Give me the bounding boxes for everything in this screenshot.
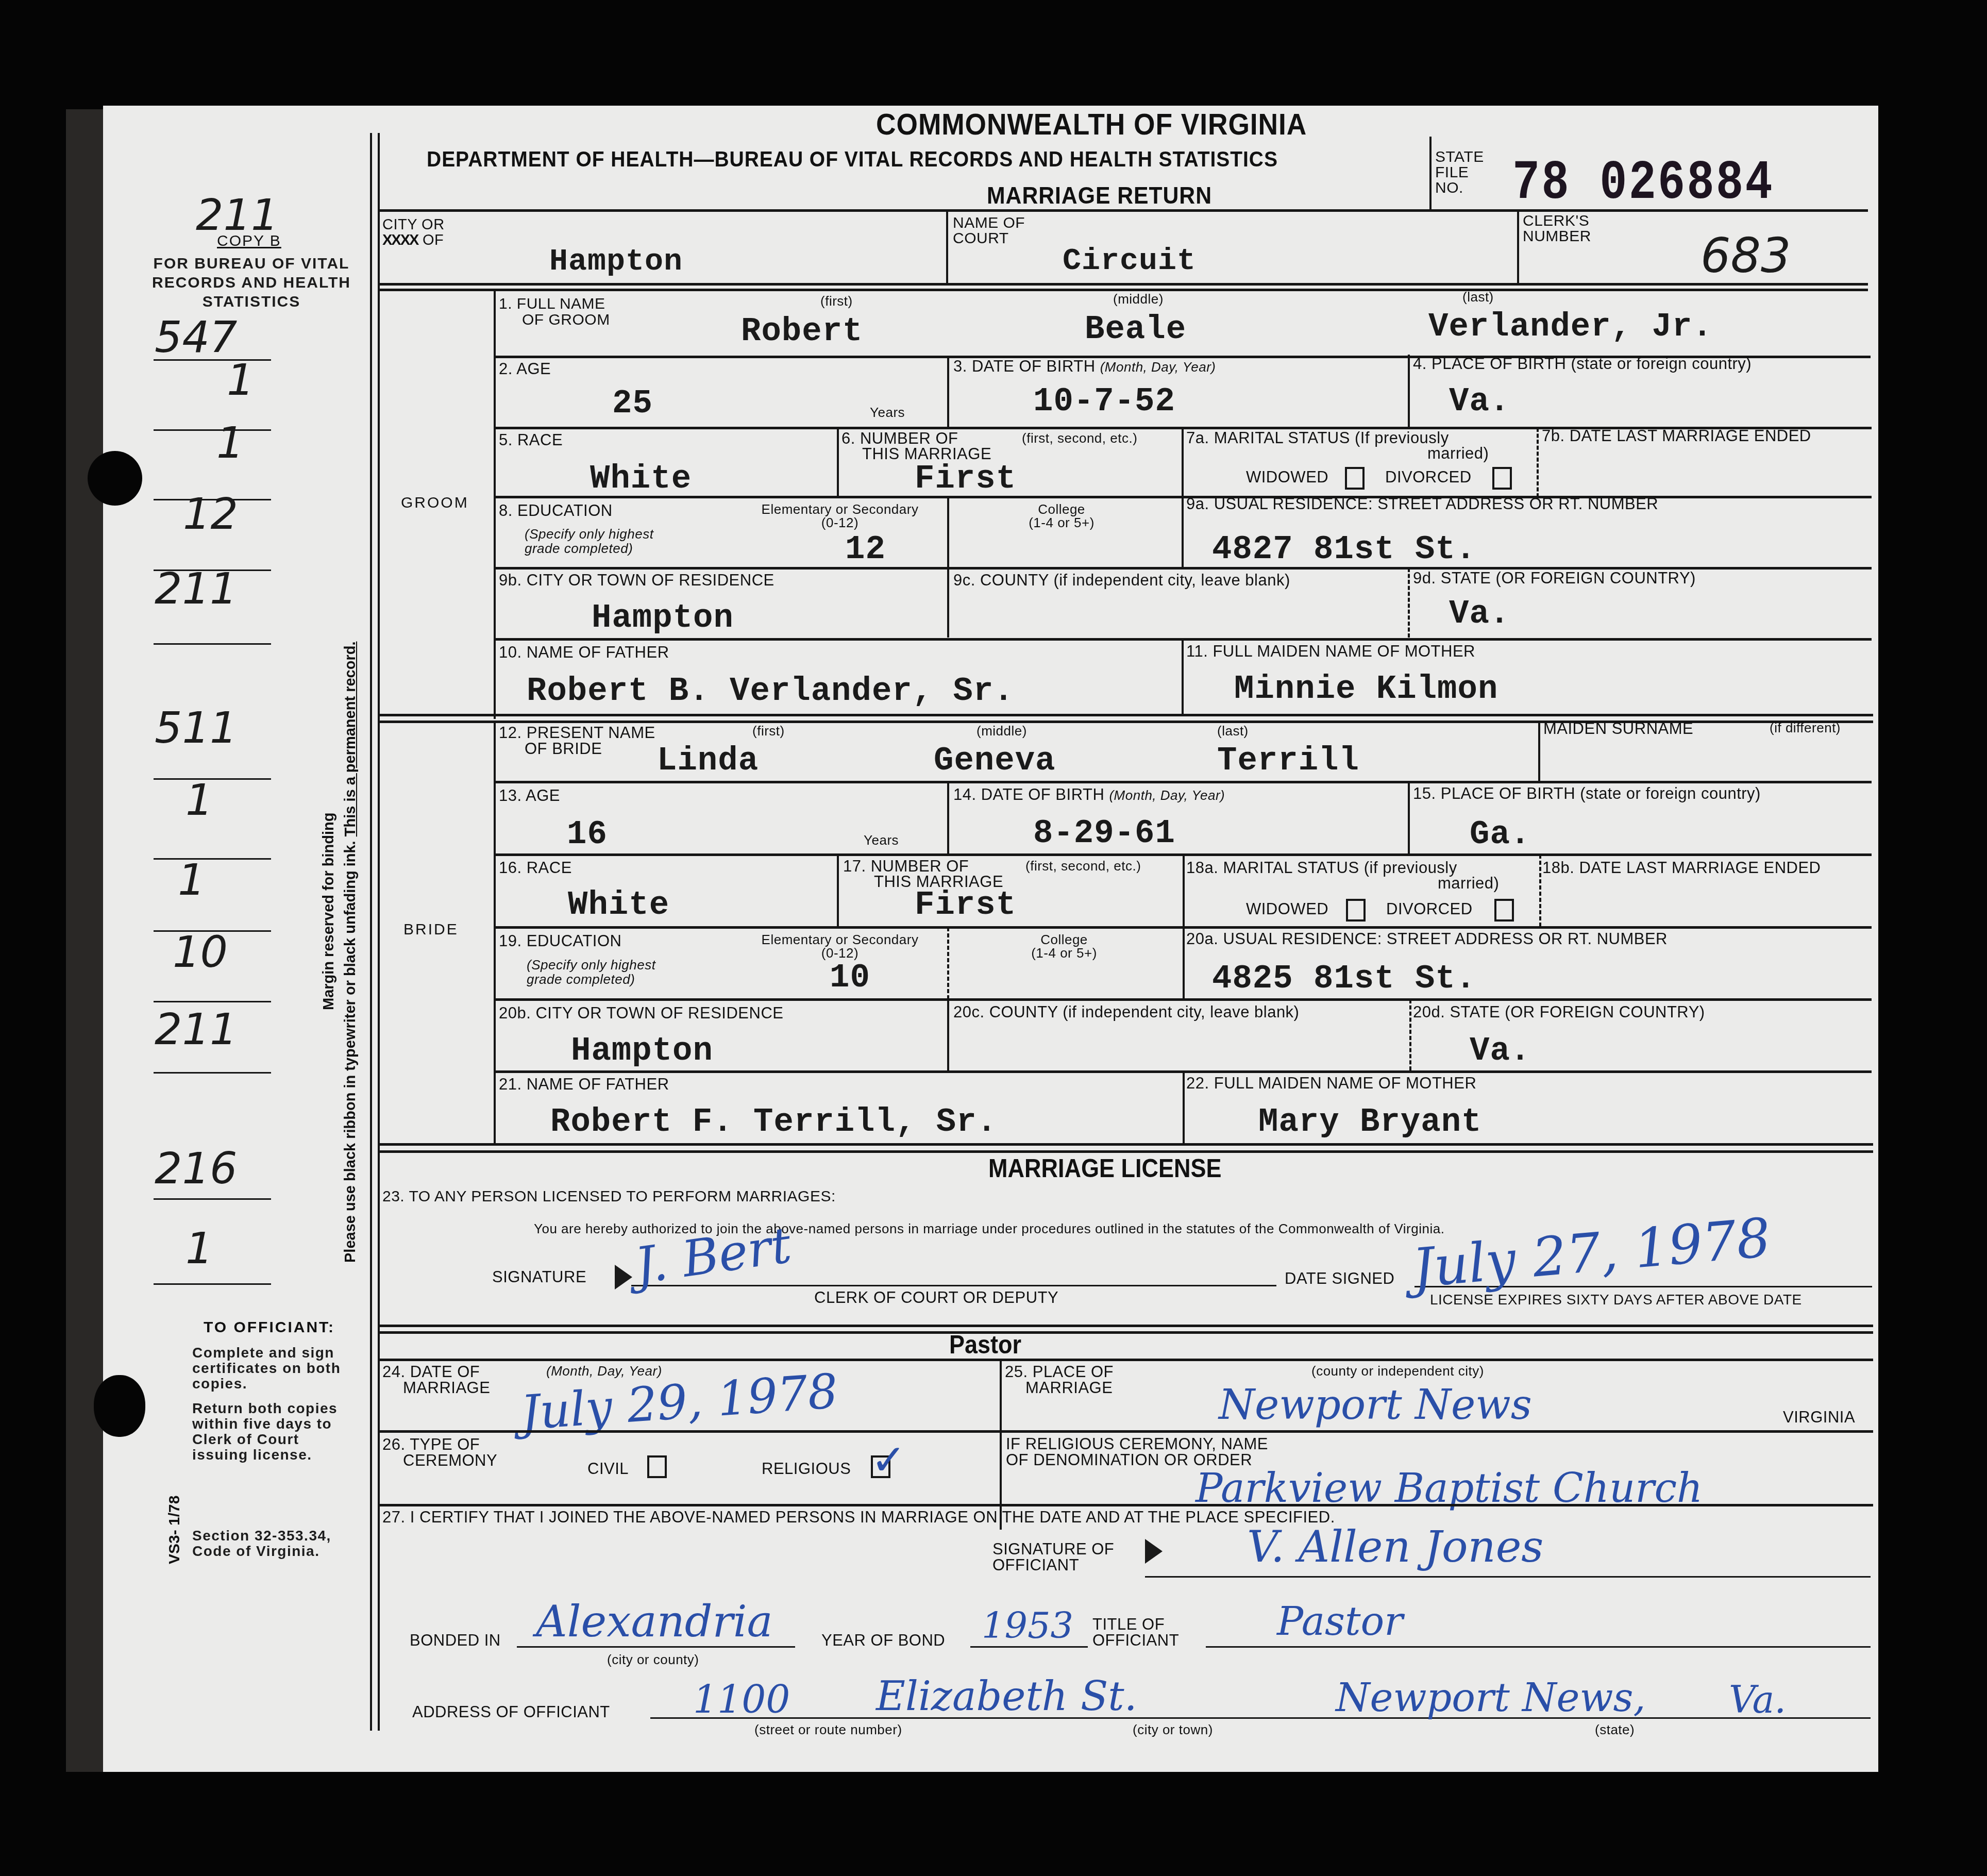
groom-pob[interactable]: Va.	[1449, 386, 1510, 418]
ink-note: Please use black ribbon in typewriter or…	[342, 642, 359, 1263]
groom-mother[interactable]: Minnie Kilmon	[1234, 673, 1498, 706]
bride-race-label: 16. RACE	[499, 860, 572, 876]
form-code: VS3- 1/78	[166, 1496, 183, 1564]
divider	[1539, 855, 1541, 927]
groom-section-label: GROOM	[401, 495, 469, 511]
margin-line	[154, 858, 271, 860]
bride-city[interactable]: Hampton	[571, 1035, 713, 1068]
clerk-number-value[interactable]: 683	[1700, 234, 1791, 278]
officiant-title-line	[1206, 1646, 1871, 1648]
bride-street[interactable]: 4825 81st St.	[1212, 963, 1476, 996]
bride-last-name[interactable]: Terrill	[1217, 745, 1359, 778]
officiant-address-street[interactable]: Elizabeth St.	[876, 1678, 1137, 1715]
bride-state[interactable]: Va.	[1470, 1035, 1530, 1068]
form-border-left-inner	[378, 133, 380, 1731]
divider	[1537, 428, 1539, 497]
civil-checkbox[interactable]	[647, 1455, 667, 1478]
bride-date-last-marriage-label: 18b. DATE LAST MARRIAGE ENDED	[1542, 860, 1821, 876]
bride-dob-label: 14. DATE OF BIRTH (Month, Day, Year)	[953, 786, 1225, 803]
officiant-signature-line	[1145, 1576, 1871, 1578]
state-file-number: 78 026884	[1512, 152, 1774, 215]
to-officiant-title: TO OFFICIANT:	[204, 1319, 335, 1336]
bride-name-label: 12. PRESENT NAMEOF BRIDE	[499, 725, 655, 757]
year-of-bond-value[interactable]: 1953	[982, 1607, 1073, 1644]
divider	[837, 428, 839, 497]
to-officiant-instructions: Complete and sign certificates on both c…	[192, 1345, 341, 1463]
divider	[1408, 782, 1410, 854]
divider	[378, 1143, 1873, 1146]
bride-age-label: 13. AGE	[499, 788, 560, 804]
civil-label: CIVIL	[587, 1461, 629, 1477]
hint: (first, second, etc.)	[1022, 431, 1137, 445]
year-of-bond-label: YEAR OF BOND	[821, 1632, 945, 1649]
bride-city-label: 20b. CITY OR TOWN OF RESIDENCE	[499, 1005, 783, 1021]
bride-father-label: 21. NAME OF FATHER	[499, 1076, 669, 1093]
elementary-label: Elementary or Secondary(0-12)	[742, 933, 938, 960]
bride-father[interactable]: Robert F. Terrill, Sr.	[550, 1106, 997, 1139]
groom-pob-label: 4. PLACE OF BIRTH (state or foreign coun…	[1413, 356, 1752, 372]
margin-code: 1	[227, 358, 254, 401]
hint: (city or county)	[607, 1652, 699, 1667]
margin-code: 211	[155, 1008, 237, 1051]
marriage-state: VIRGINIA	[1783, 1409, 1855, 1426]
divider	[378, 283, 1868, 286]
divider	[947, 497, 949, 569]
bride-mother[interactable]: Mary Bryant	[1258, 1106, 1481, 1139]
copy-description: FOR BUREAU OF VITAL RECORDS AND HEALTH S…	[138, 254, 365, 311]
hint: (middle)	[976, 724, 1027, 738]
officiant-title-value[interactable]: Pastor	[1277, 1603, 1403, 1640]
divider	[1183, 855, 1185, 927]
divider	[1517, 209, 1519, 284]
form-border-left-outer	[370, 133, 372, 1731]
officiant-title-label: TITLE OFOFFICIANT	[1092, 1616, 1179, 1648]
clerk-signature[interactable]: J. Bert	[633, 1226, 793, 1285]
groom-mother-label: 11. FULL MAIDEN NAME OF MOTHER	[1186, 643, 1475, 660]
divider	[1182, 428, 1184, 497]
college-label: College(1-4 or 5+)	[1002, 933, 1126, 960]
hint: (county or independent city)	[1311, 1364, 1484, 1378]
years-label: Years	[864, 833, 899, 847]
divorced-label: DIVORCED	[1385, 469, 1472, 485]
groom-date-last-marriage-label: 7b. DATE LAST MARRIAGE ENDED	[1542, 428, 1811, 444]
groom-city-label: 9b. CITY OR TOWN OF RESIDENCE	[499, 572, 774, 589]
hint: (if different)	[1770, 721, 1841, 735]
groom-street[interactable]: 4827 81st St.	[1212, 533, 1476, 566]
bride-middle-name[interactable]: Geneva	[934, 745, 1055, 778]
binding-strip	[66, 109, 104, 1772]
groom-race-label: 5. RACE	[499, 432, 563, 448]
license-instruction-label: 23. TO ANY PERSON LICENSED TO PERFORM MA…	[382, 1188, 836, 1205]
bride-mother-label: 22. FULL MAIDEN NAME OF MOTHER	[1186, 1075, 1476, 1092]
bride-widowed-checkbox[interactable]	[1346, 899, 1366, 922]
groom-state[interactable]: Va.	[1449, 598, 1510, 631]
divider	[1183, 927, 1185, 999]
bride-divorced-checkbox[interactable]	[1494, 899, 1514, 922]
license-expiry-note: LICENSE EXPIRES SIXTY DAYS AFTER ABOVE D…	[1430, 1292, 1802, 1308]
margin-line	[154, 1072, 271, 1074]
bride-pob[interactable]: Ga.	[1470, 818, 1530, 851]
hint: (first, second, etc.)	[1025, 859, 1141, 873]
date-signed-label: DATE SIGNED	[1285, 1270, 1394, 1287]
bride-section-label: BRIDE	[403, 922, 459, 938]
bride-pob-label: 15. PLACE OF BIRTH (state or foreign cou…	[1413, 785, 1761, 802]
divider	[378, 1150, 1873, 1153]
divider	[1182, 639, 1184, 716]
officiant-address-state[interactable]: Va.	[1729, 1681, 1786, 1718]
religious-checkmark-icon: ✓	[871, 1442, 906, 1479]
groom-dob[interactable]: 10-7-52	[1033, 386, 1175, 418]
clerk-caption: CLERK OF COURT OR DEPUTY	[814, 1289, 1058, 1306]
groom-middle-name[interactable]: Beale	[1085, 313, 1186, 346]
marriage-place-label: 25. PLACE OFMARRIAGE	[1005, 1364, 1114, 1396]
bride-elementary[interactable]: 10	[830, 962, 870, 995]
divider	[947, 927, 949, 999]
maiden-surname-label: MAIDEN SURNAME	[1543, 721, 1693, 737]
divider	[1408, 355, 1410, 428]
officiant-signature-label: SIGNATURE OFOFFICIANT	[992, 1541, 1114, 1573]
bride-age[interactable]: 16	[567, 818, 608, 851]
hint: (middle)	[1113, 292, 1164, 306]
hint: (first)	[820, 294, 853, 308]
groom-age[interactable]: 25	[612, 388, 653, 421]
margin-line	[154, 1001, 271, 1002]
groom-state-label: 9d. STATE (OR FOREIGN COUNTRY)	[1413, 570, 1696, 587]
margin-code: 10	[173, 930, 228, 974]
certificate-title: Pastor	[949, 1330, 1021, 1360]
section-reference: Section 32-353.34, Code of Virginia.	[192, 1528, 331, 1559]
bride-marital-status-label: married)	[1438, 875, 1499, 892]
copy-label: COPY B	[217, 233, 281, 249]
court-label: NAME OFCOURT	[953, 215, 1025, 246]
margin-line	[154, 429, 271, 431]
groom-last-name[interactable]: Verlander, Jr.	[1428, 311, 1713, 344]
divider	[1183, 1071, 1185, 1145]
divider	[495, 781, 1872, 783]
officiant-address-label: ADDRESS OF OFFICIANT	[412, 1704, 610, 1720]
groom-first-name[interactable]: Robert	[741, 315, 863, 348]
divider	[378, 1331, 1873, 1334]
divider	[494, 290, 496, 719]
divider	[837, 855, 839, 927]
widowed-label: WIDOWED	[1246, 469, 1328, 485]
divorced-label: DIVORCED	[1386, 901, 1473, 917]
divider	[378, 1430, 1873, 1433]
divider	[378, 1325, 1873, 1327]
divider	[494, 722, 496, 1145]
denomination-value[interactable]: Parkview Baptist Church	[1195, 1470, 1703, 1507]
hint: (Month, Day, Year)	[546, 1364, 662, 1378]
bride-dob[interactable]: 8-29-61	[1033, 817, 1175, 850]
bride-race[interactable]: White	[568, 889, 669, 922]
hint: (first)	[752, 724, 785, 738]
divider	[947, 356, 949, 428]
form-title: COMMONWEALTH OF VIRGINIA	[876, 107, 1307, 142]
hint: (street or route number)	[754, 1722, 902, 1737]
divider	[947, 999, 949, 1070]
margin-code: 1	[186, 778, 213, 822]
clerk-number-label: CLERK'SNUMBER	[1523, 213, 1591, 244]
marriage-date-label: 24. DATE OFMARRIAGE	[382, 1364, 490, 1396]
ceremony-type-label: 26. TYPE OFCEREMONY	[382, 1436, 497, 1468]
bonded-in-value[interactable]: Alexandria	[536, 1603, 773, 1640]
certification-statement: 27. I CERTIFY THAT I JOINED THE ABOVE-NA…	[382, 1509, 1335, 1526]
officiant-signature[interactable]: V. Allen Jones	[1247, 1528, 1543, 1565]
margin-code: 211	[155, 567, 237, 610]
officiant-address-line	[650, 1717, 1871, 1719]
divider	[378, 1359, 1873, 1361]
margin-code: 1	[178, 858, 205, 901]
signature-label: SIGNATURE	[492, 1269, 586, 1285]
groom-divorced-checkbox[interactable]	[1492, 467, 1512, 490]
divider	[495, 998, 1872, 1001]
groom-city[interactable]: Hampton	[592, 602, 734, 635]
state-file-label: STATE FILE NO.	[1435, 149, 1484, 196]
groom-marriage-number[interactable]: First	[915, 463, 1016, 496]
religious-label: RELIGIOUS	[762, 1461, 851, 1477]
signature-arrow-icon	[1145, 1539, 1163, 1564]
hint: (state)	[1595, 1722, 1635, 1737]
bride-marital-status-label: 18a. MARITAL STATUS (if previously	[1186, 860, 1457, 876]
widowed-label: WIDOWED	[1246, 901, 1328, 917]
divider	[947, 782, 949, 854]
groom-father[interactable]: Robert B. Verlander, Sr.	[527, 675, 1014, 708]
bride-street-label: 20a. USUAL RESIDENCE: STREET ADDRESS OR …	[1186, 931, 1668, 947]
signature-arrow-icon	[615, 1265, 632, 1289]
bride-marriage-number[interactable]: First	[915, 889, 1016, 922]
college-label: College(1-4 or 5+)	[1000, 502, 1123, 529]
marriage-place[interactable]: Newport News	[1219, 1386, 1532, 1423]
bride-marriage-number-label: 17. NUMBER OFTHIS MARRIAGE	[843, 859, 1003, 890]
divider	[378, 209, 1868, 212]
groom-street-label: 9a. USUAL RESIDENCE: STREET ADDRESS OR R…	[1186, 496, 1658, 512]
divider	[1409, 999, 1411, 1070]
county-label: XXXX OF	[382, 232, 444, 248]
margin-top-number: 211	[196, 193, 278, 237]
bride-county-label: 20c. COUNTY (if independent city, leave …	[953, 1004, 1299, 1020]
bride-state-label: 20d. STATE (OR FOREIGN COUNTRY)	[1413, 1004, 1705, 1020]
margin-code: 547	[155, 315, 237, 359]
form-name: MARRIAGE RETURN	[987, 181, 1212, 209]
groom-elementary[interactable]: 12	[845, 533, 886, 566]
groom-county-label: 9c. COUNTY (if independent city, leave b…	[953, 572, 1290, 589]
groom-marital-status-label: 7a. MARITAL STATUS (If previously	[1186, 430, 1449, 446]
punch-hole	[94, 1375, 145, 1437]
hint: (last)	[1217, 724, 1249, 738]
license-title: MARRIAGE LICENSE	[988, 1153, 1222, 1183]
city-label: CITY OR	[382, 216, 445, 233]
margin-line	[154, 643, 271, 645]
divider	[1538, 722, 1540, 781]
years-label: Years	[870, 405, 905, 420]
divider	[947, 568, 949, 638]
margin-line	[154, 1283, 271, 1285]
groom-marital-status-label: married)	[1427, 445, 1489, 462]
elementary-label: Elementary or Secondary(0-12)	[742, 502, 938, 529]
groom-marriage-number-label: 6. NUMBER OFTHIS MARRIAGE	[841, 431, 991, 462]
officiant-address-street-number[interactable]: 1100	[693, 1681, 790, 1718]
divider	[378, 714, 1873, 716]
city-value[interactable]: Hampton	[549, 245, 683, 278]
bride-first-name[interactable]: Linda	[657, 745, 759, 778]
groom-race[interactable]: White	[590, 463, 692, 496]
hint: (city or town)	[1133, 1722, 1213, 1737]
punch-hole	[88, 451, 142, 506]
margin-line	[154, 1198, 271, 1200]
groom-education-label: 8. EDUCATION	[499, 502, 613, 519]
margin-code: 511	[155, 706, 237, 749]
groom-widowed-checkbox[interactable]	[1345, 467, 1365, 490]
hint: (last)	[1462, 290, 1494, 304]
officiant-address-city[interactable]: Newport News,	[1336, 1679, 1646, 1716]
hint: (Specify only highestgrade completed)	[527, 958, 655, 986]
divider	[378, 1504, 1873, 1506]
department-title: DEPARTMENT OF HEALTH—BUREAU OF VITAL REC…	[427, 147, 1278, 172]
margin-code: 1	[186, 1227, 213, 1270]
groom-age-label: 2. AGE	[499, 361, 551, 377]
divider	[1429, 137, 1432, 210]
divider	[946, 209, 948, 284]
divider	[1408, 568, 1410, 638]
margin-code: 12	[183, 492, 238, 535]
denomination-label: IF RELIGIOUS CEREMONY, NAMEOF DENOMINATI…	[1006, 1436, 1268, 1468]
groom-name-label: 1. FULL NAMEOF GROOM	[499, 296, 610, 328]
bride-education-label: 19. EDUCATION	[499, 933, 621, 949]
margin-code: 216	[155, 1147, 237, 1190]
margin-code: 1	[216, 421, 244, 464]
signature-line	[631, 1285, 1276, 1286]
groom-dob-label: 3. DATE OF BIRTH (Month, Day, Year)	[953, 358, 1216, 375]
divider	[1182, 497, 1184, 569]
binding-note: Margin reserved for binding	[321, 813, 338, 1011]
bonded-in-label: BONDED IN	[410, 1632, 501, 1649]
groom-father-label: 10. NAME OF FATHER	[499, 644, 669, 661]
court-value[interactable]: Circuit	[1063, 245, 1196, 278]
hint: (Specify only highestgrade completed)	[525, 527, 653, 556]
